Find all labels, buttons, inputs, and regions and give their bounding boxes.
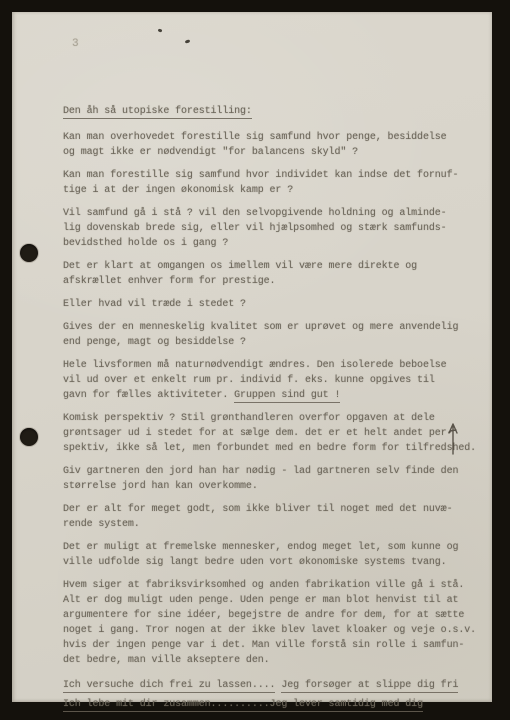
hole-punch-top — [20, 244, 38, 262]
text-segment: Gives der en menneskelig kvalitet som er… — [63, 322, 458, 333]
ink-spot-icon — [185, 39, 191, 43]
text-segment: Kan man overhovedet forestille sig samfu… — [63, 132, 447, 143]
paragraph: Eller hvad vil træde i stedet ? — [63, 297, 487, 312]
text-line: Ich lebe mit dir zusammen..........Jeg l… — [63, 695, 487, 714]
text-segment: tige i at der ingen økonomisk kamp er ? — [63, 185, 293, 196]
paragraph: Der er alt for meget godt, som ikke bliv… — [63, 502, 487, 532]
paragraph: Ich versuche dich frei zu lassen.... Jeg… — [63, 676, 487, 714]
heading-text: Den åh så utopiske forestilling: — [63, 106, 252, 119]
typewritten-text-block: Den åh så utopiske forestilling: Kan man… — [63, 104, 487, 714]
text-segment: Giv gartneren den jord han har nødig - l… — [63, 466, 458, 477]
text-line: Kan man forestille sig samfund hvor indi… — [63, 168, 487, 183]
document-heading: Den åh så utopiske forestilling: — [63, 104, 487, 119]
text-segment: Alt er dog muligt uden penge. Uden penge… — [63, 595, 458, 606]
text-line: afskrællet enhver form for prestige. — [63, 274, 487, 289]
text-segment: grøntsager ud i stedet for at sælge dem.… — [63, 428, 452, 439]
text-segment: noget i gang. Tror nogen at der ikke ble… — [63, 625, 476, 636]
paragraph: Kan man forestille sig samfund hvor indi… — [63, 168, 487, 198]
text-segment: Hele livsformen må naturnødvendigt ændre… — [63, 360, 447, 371]
paragraph: Hvem siger at fabriksvirksomhed og anden… — [63, 578, 487, 668]
text-line: noget i gang. Tror nogen at der ikke ble… — [63, 623, 487, 638]
text-segment: Vil samfund gå i stå ? vil den selvopgiv… — [63, 208, 447, 219]
paragraph: Gives der en menneskelig kvalitet som er… — [63, 320, 487, 350]
text-line: Eller hvad vil træde i stedet ? — [63, 297, 487, 312]
paragraph: Det er klart at omgangen os imellem vil … — [63, 259, 487, 289]
text-segment: ville udfolde sig langt bedre uden vort … — [63, 557, 447, 568]
text-segment: bevidsthed holde os i gang ? — [63, 238, 228, 249]
text-line: spektiv, ikke så let, men forbundet med … — [63, 441, 487, 456]
underlined-text-segment: Jeg forsøger at slippe dig fri — [281, 680, 458, 693]
text-line: Giv gartneren den jord han har nødig - l… — [63, 464, 487, 479]
text-segment: Det er klart at omgangen os imellem vil … — [63, 261, 417, 272]
text-line: end penge, magt og besiddelse ? — [63, 335, 487, 350]
text-line: Kan man overhovedet forestille sig samfu… — [63, 130, 487, 145]
paragraph: Hele livsformen må naturnødvendigt ændre… — [63, 358, 487, 403]
text-segment: Komisk perspektiv ? Stil grønthandleren … — [63, 413, 435, 424]
text-line: Vil samfund gå i stå ? vil den selvopgiv… — [63, 206, 487, 221]
text-segment: Der er alt for meget godt, som ikke bliv… — [63, 504, 452, 515]
paragraphs-container: Kan man overhovedet forestille sig samfu… — [63, 130, 487, 714]
text-segment: vil ud over et enkelt rum pr. individ f.… — [63, 375, 435, 386]
text-segment: spektiv, ikke så let, men forbundet med … — [63, 443, 476, 454]
text-line: Komisk perspektiv ? Stil grønthandleren … — [63, 411, 487, 426]
paragraph: Det er muligt at fremelske mennesker, en… — [63, 540, 487, 570]
text-line: Ich versuche dich frei zu lassen.... Jeg… — [63, 676, 487, 695]
paragraph: Kan man overhovedet forestille sig samfu… — [63, 130, 487, 160]
text-line: gavn for fælles aktiviteter. Gruppen sin… — [63, 388, 487, 403]
text-line: grøntsager ud i stedet for at sælge dem.… — [63, 426, 487, 441]
text-line: ville udfolde sig langt bedre uden vort … — [63, 555, 487, 570]
text-line: argumentere for sine idéer, begejstre de… — [63, 608, 487, 623]
text-line: Det er klart at omgangen os imellem vil … — [63, 259, 487, 274]
text-segment: Det er muligt at fremelske mennesker, en… — [63, 542, 458, 553]
text-segment: og magt ikke er nødvendigt "for balancen… — [63, 147, 358, 158]
text-line: lig dovenskab brede sig, eller vil hjælp… — [63, 221, 487, 236]
text-line: Hvem siger at fabriksvirksomhed og anden… — [63, 578, 487, 593]
text-line: Gives der en menneskelig kvalitet som er… — [63, 320, 487, 335]
text-line: Det er muligt at fremelske mennesker, en… — [63, 540, 487, 555]
text-line: og magt ikke er nødvendigt "for balancen… — [63, 145, 487, 160]
text-segment: rende system. — [63, 519, 140, 530]
handwritten-insertion-arrow-icon — [446, 420, 460, 456]
text-segment: det bedre, man ville akseptere den. — [63, 655, 270, 666]
text-line: Alt er dog muligt uden penge. Uden penge… — [63, 593, 487, 608]
text-line: hvis der ingen penge var i det. Man vill… — [63, 638, 487, 653]
underlined-text-segment: Ich lebe mit dir zusammen.......... — [63, 699, 270, 712]
text-line: det bedre, man ville akseptere den. — [63, 653, 487, 668]
text-segment: afskrællet enhver form for prestige. — [63, 276, 275, 287]
text-line: vil ud over et enkelt rum pr. individ f.… — [63, 373, 487, 388]
ink-spot-icon — [158, 28, 163, 32]
text-segment: Hvem siger at fabriksvirksomhed og anden… — [63, 580, 464, 591]
underlined-text-segment: Gruppen sind gut ! — [234, 390, 340, 403]
paper-sheet: 3 Den åh så utopiske forestilling: Kan m… — [12, 12, 492, 702]
text-line: Der er alt for meget godt, som ikke bliv… — [63, 502, 487, 517]
paragraph: Giv gartneren den jord han har nødig - l… — [63, 464, 487, 494]
text-line: Hele livsformen må naturnødvendigt ændre… — [63, 358, 487, 373]
text-line: bevidsthed holde os i gang ? — [63, 236, 487, 251]
paragraph: Komisk perspektiv ? Stil grønthandleren … — [63, 411, 487, 456]
underlined-text-segment: Ich versuche dich frei zu lassen.... — [63, 680, 275, 693]
text-segment: Eller hvad vil træde i stedet ? — [63, 299, 246, 310]
text-segment: end penge, magt og besiddelse ? — [63, 337, 246, 348]
text-segment: Kan man forestille sig samfund hvor indi… — [63, 170, 458, 181]
paragraph: Vil samfund gå i stå ? vil den selvopgiv… — [63, 206, 487, 251]
hole-punch-bottom — [20, 428, 38, 446]
text-segment: størrelse jord han kan overkomme. — [63, 481, 258, 492]
text-line: rende system. — [63, 517, 487, 532]
text-segment: argumentere for sine idéer, begejstre de… — [63, 610, 464, 621]
text-segment: gavn for fælles aktiviteter. — [63, 390, 234, 401]
text-segment: lig dovenskab brede sig, eller vil hjælp… — [63, 223, 447, 234]
text-segment: hvis der ingen penge var i det. Man vill… — [63, 640, 464, 651]
underlined-text-segment: Jeg lever samtidig med dig — [270, 699, 423, 712]
page-number: 3 — [72, 38, 79, 50]
scanned-document: 3 Den åh så utopiske forestilling: Kan m… — [0, 0, 510, 720]
text-line: størrelse jord han kan overkomme. — [63, 479, 487, 494]
text-line: tige i at der ingen økonomisk kamp er ? — [63, 183, 487, 198]
